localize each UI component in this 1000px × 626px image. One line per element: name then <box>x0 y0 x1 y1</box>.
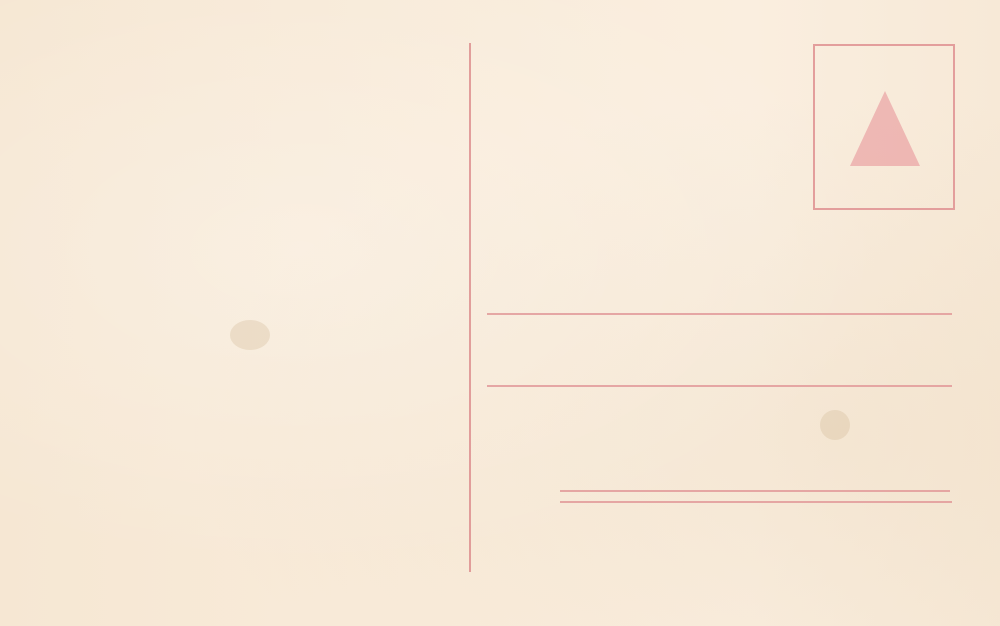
paper-stain <box>820 410 850 440</box>
address-line <box>487 385 952 387</box>
paper-stain <box>230 320 270 350</box>
address-line <box>560 490 950 492</box>
triangle-logo-icon <box>850 91 920 166</box>
center-divider-line <box>469 43 471 572</box>
address-line <box>560 501 952 503</box>
postcard-back <box>0 0 1000 626</box>
stamp-box <box>813 44 955 210</box>
address-line <box>487 313 952 315</box>
